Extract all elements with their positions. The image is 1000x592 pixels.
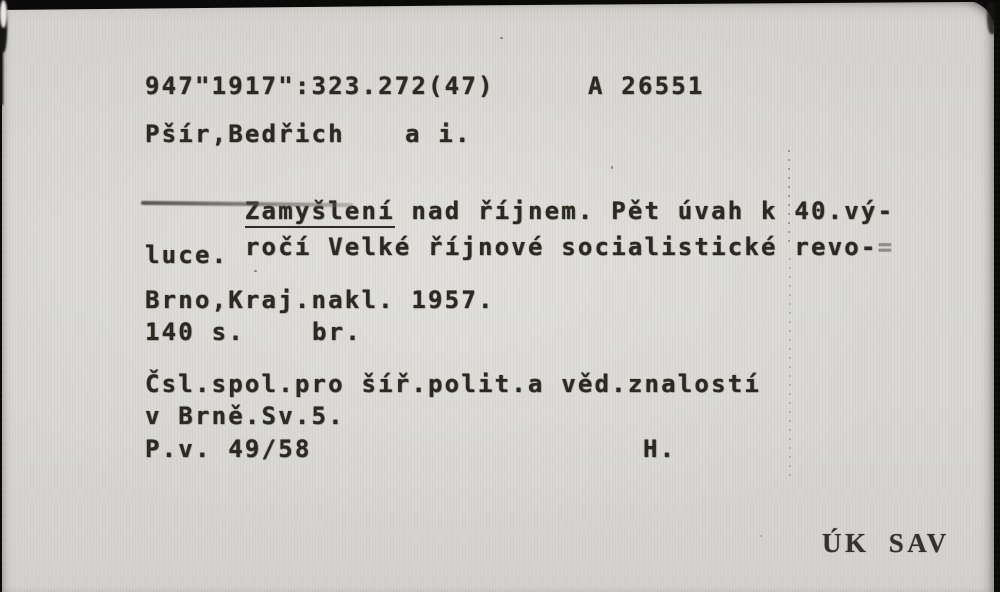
title-line-3: luce. xyxy=(145,241,228,269)
call-number: 947"1917":323.272(47) xyxy=(145,72,495,100)
paper-speck xyxy=(611,166,613,169)
record-number: P.v. 49/58 xyxy=(145,435,312,463)
accession-number: A 26551 xyxy=(588,72,705,100)
title-line-2-text: ročí Velké říjnové socialistické revo- xyxy=(245,233,878,261)
paper-speck xyxy=(500,37,503,39)
library-stamp: ÚK SAV xyxy=(822,528,950,559)
dotted-fold-mark-upper xyxy=(788,150,790,246)
title-line-2: ročí Velké říjnové socialistické revo-= xyxy=(145,205,894,289)
collation-pages: 140 s. xyxy=(145,318,245,346)
card-corner-notch xyxy=(0,0,7,28)
scanned-catalog-card: 947"1917":323.272(47) A 26551 Pšír,Bedři… xyxy=(0,0,1000,592)
author-addendum: a i. xyxy=(405,120,472,148)
imprint-line: Brno,Kraj.nakl. 1957. xyxy=(145,286,495,314)
typewritten-text-layer: 947"1917":323.272(47) A 26551 Pšír,Bedři… xyxy=(0,0,1000,592)
right-edge-smudge xyxy=(987,0,995,34)
paper-speck xyxy=(760,535,762,537)
dotted-fold-mark-lower xyxy=(789,258,791,480)
author-name: Pšír,Bedřich xyxy=(145,120,345,148)
faint-equals-mark: = xyxy=(878,233,895,261)
cataloguer-initial: H. xyxy=(643,435,676,463)
paper-speck xyxy=(254,270,257,272)
series-line-1: Čsl.spol.pro šíř.polit.a věd.znalostí xyxy=(145,370,761,398)
binding-note: br. xyxy=(312,318,362,346)
series-line-2: v Brně.Sv.5. xyxy=(145,402,345,430)
